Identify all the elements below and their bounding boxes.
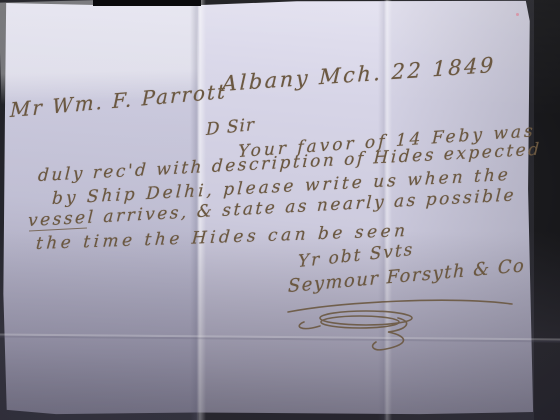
photo-frame: Albany Mch. 22 1849 Mr Wm. F. Parrott D … (0, 0, 560, 420)
signature-flourish (280, 292, 530, 364)
